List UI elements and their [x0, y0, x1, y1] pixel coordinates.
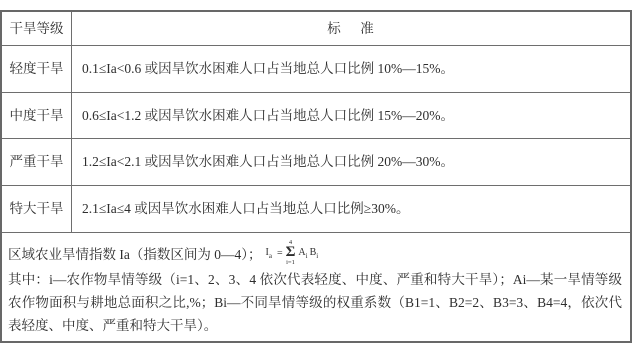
- standard-cell: 2.1≤Ia≤4 或因旱饮水困难人口占当地总人口比例≥30%。: [72, 186, 630, 232]
- summation-symbol: 4 Σ i=1: [286, 240, 296, 267]
- formula-lhs: Ia: [266, 247, 272, 260]
- standard-cell: 0.1≤Ia<0.6 或因旱饮水困难人口占当地总人口比例 10%—15%。: [72, 46, 630, 92]
- sigma-icon: Σ: [286, 246, 296, 260]
- agricultural-drought-index-formula: Ia = 4 Σ i=1 Ai Bi: [266, 240, 321, 267]
- drought-level-cell: 特大干旱: [2, 186, 72, 232]
- note-explanation-text: 其中：i—农作物旱情等级（i=1、2、3、4 依次代表轻度、中度、严重和特大干旱…: [8, 268, 622, 337]
- formula-term-b: Bi: [310, 247, 319, 260]
- table-header-row: 干旱等级 标 准: [2, 12, 630, 45]
- drought-level-cell: 严重干旱: [2, 139, 72, 185]
- note-section: 区域农业旱情指数 Ia（指数区间为 0—4）； Ia = 4 Σ i=1 Ai …: [2, 232, 630, 341]
- standard-cell: 1.2≤Ia<2.1 或因旱饮水困难人口占当地总人口比例 20%—30%。: [72, 139, 630, 185]
- table-row: 轻度干旱 0.1≤Ia<0.6 或因旱饮水困难人口占当地总人口比例 10%—15…: [2, 45, 630, 92]
- table-row: 中度干旱 0.6≤Ia<1.2 或因旱饮水困难人口占当地总人口比例 15%—20…: [2, 92, 630, 138]
- sum-lower-limit: i=1: [286, 260, 295, 267]
- formula-equals: =: [277, 248, 283, 259]
- standard-cell: 0.6≤Ia<1.2 或因旱饮水困难人口占当地总人口比例 15%—20%。: [72, 93, 630, 138]
- drought-level-cell: 轻度干旱: [2, 46, 72, 92]
- table-row: 特大干旱 2.1≤Ia≤4 或因旱饮水困难人口占当地总人口比例≥30%。: [2, 185, 630, 232]
- drought-level-cell: 中度干旱: [2, 93, 72, 138]
- header-drought-grade: 干旱等级: [2, 12, 72, 45]
- table-row: 严重干旱 1.2≤Ia<2.1 或因旱饮水困难人口占当地总人口比例 20%—30…: [2, 138, 630, 185]
- header-standard: 标 准: [72, 12, 630, 45]
- index-definition-line: 区域农业旱情指数 Ia（指数区间为 0—4）； Ia = 4 Σ i=1 Ai …: [8, 240, 622, 266]
- drought-grade-standard-table: 干旱等级 标 准 轻度干旱 0.1≤Ia<0.6 或因旱饮水困难人口占当地总人口…: [0, 10, 632, 343]
- formula-term-a: Ai: [298, 247, 307, 260]
- document-page: 干旱等级 标 准 轻度干旱 0.1≤Ia<0.6 或因旱饮水困难人口占当地总人口…: [0, 0, 640, 360]
- index-definition-text: 区域农业旱情指数 Ia（指数区间为 0—4）；: [8, 243, 262, 263]
